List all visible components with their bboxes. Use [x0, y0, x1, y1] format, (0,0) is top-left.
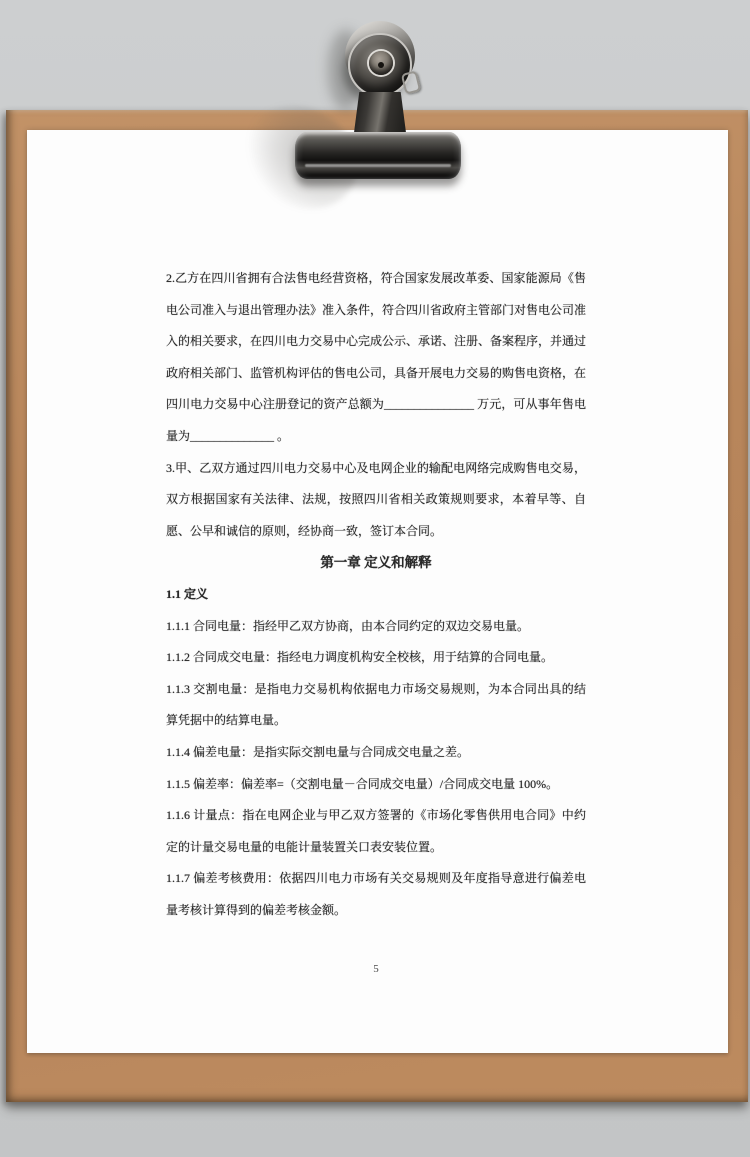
- page-number: 5: [166, 963, 586, 975]
- clip-wire-lever: [401, 70, 422, 94]
- contract-paper-sheet: 2.乙方在四川省拥有合法售电经营资格，符合国家发展改革委、国家能源局《售电公司准…: [27, 130, 728, 1053]
- contract-paragraph: 2.乙方在四川省拥有合法售电经营资格，符合国家发展改革委、国家能源局《售电公司准…: [166, 263, 586, 453]
- definition-item: 1.1.4 偏差电量：是指实际交割电量与合同成交电量之差。: [166, 737, 586, 769]
- chapter-heading: 第一章 定义和解释: [166, 547, 586, 579]
- binder-clip: [290, 10, 470, 190]
- section-heading: 1.1 定义: [166, 579, 586, 611]
- definition-item: 1.1.3 交割电量：是指电力交易机构依据电力市场交易规则，为本合同出具的结算凭…: [166, 674, 586, 737]
- photo-background-wall: 2.乙方在四川省拥有合法售电经营资格，符合国家发展改革委、国家能源局《售电公司准…: [0, 0, 750, 1157]
- definition-item: 1.1.5 偏差率：偏差率=（交割电量－合同成交电量）/合同成交电量 100%。: [166, 769, 586, 801]
- definition-item: 1.1.7 偏差考核费用：依据四川电力市场有关交易规则及年度指导意进行偏差电量考…: [166, 863, 586, 926]
- contract-text-column: 2.乙方在四川省拥有合法售电经营资格，符合国家发展改革委、国家能源局《售电公司准…: [166, 263, 586, 926]
- definition-item: 1.1.2 合同成交电量：指经电力调度机构安全校核，用于结算的合同电量。: [166, 642, 586, 674]
- clip-drum-hole: [369, 51, 393, 75]
- clip-jaw-bar: [295, 132, 461, 179]
- definition-item: 1.1.1 合同电量：指经甲乙双方协商，由本合同约定的双边交易电量。: [166, 611, 586, 643]
- definition-item: 1.1.6 计量点：指在电网企业与甲乙双方签署的《市场化零售供用电合同》中约定的…: [166, 800, 586, 863]
- contract-paragraph: 3.甲、乙双方通过四川电力交易中心及电网企业的输配电网络完成购售电交易，双方根据…: [166, 453, 586, 548]
